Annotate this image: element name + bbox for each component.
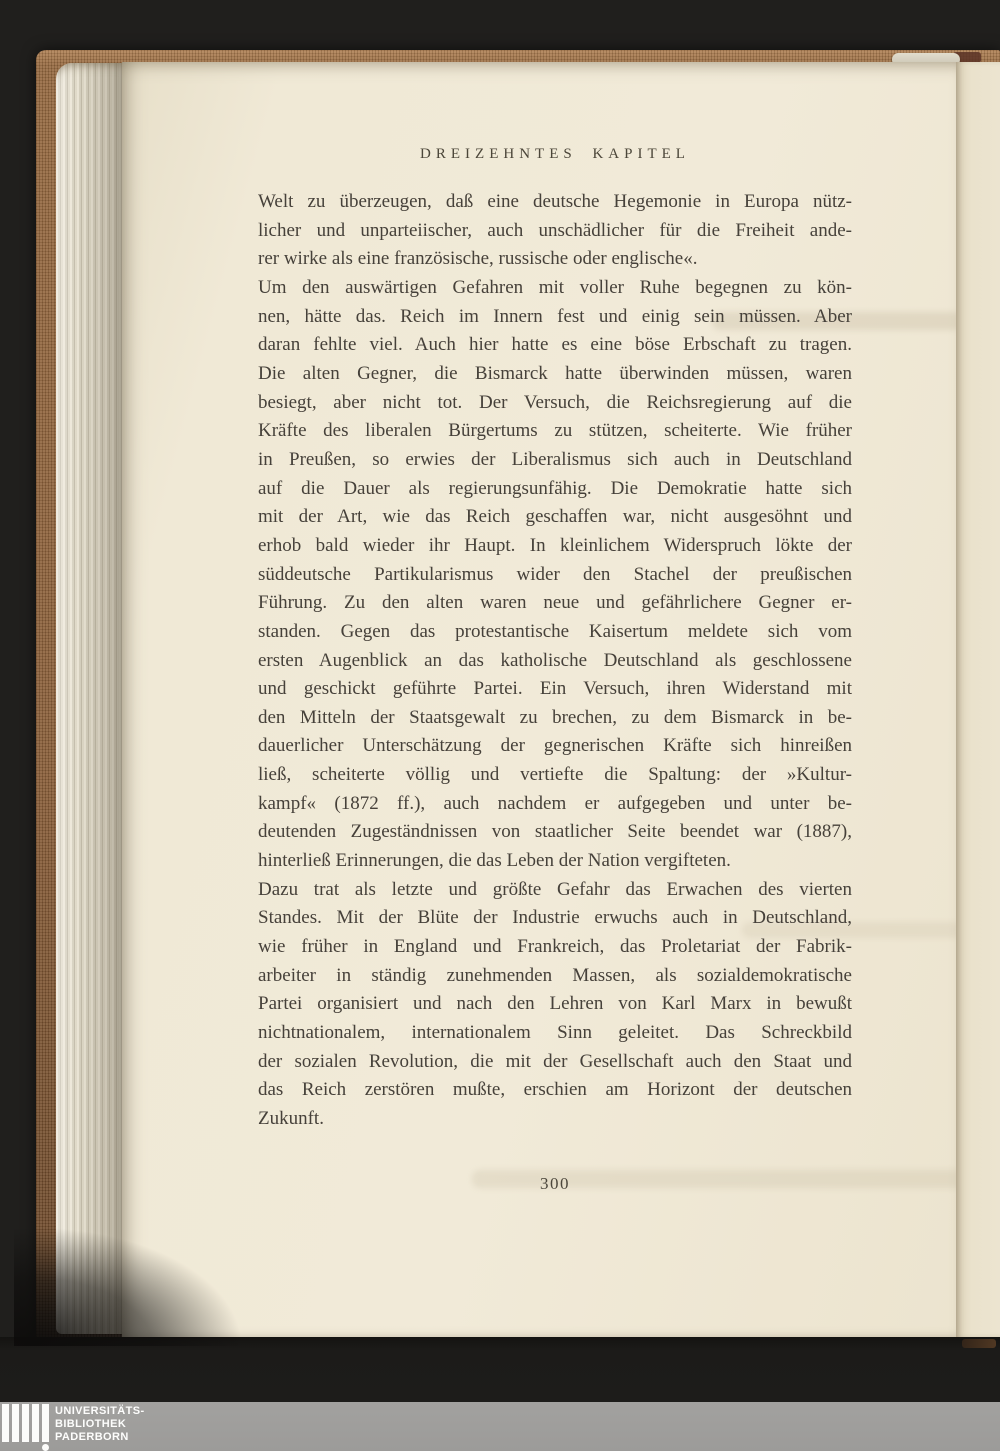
scanned-book-photo: DREIZEHNTES KAPITEL Welt zu überzeugen, … (0, 0, 1000, 1451)
text-line: der sozialen Revolution, die mit der Ges… (258, 1048, 852, 1077)
text-line: dauerlicher Unterschätzung der gegnerisc… (258, 732, 852, 761)
text-line: süddeutsche Partikularismus wider den St… (258, 561, 852, 590)
text-line: den Mitteln der Staatsgewalt zu brechen,… (258, 704, 852, 733)
logo-bar (42, 1404, 49, 1442)
text-line: licher und unparteiischer, auch unschädl… (258, 217, 852, 246)
next-page-edge (956, 62, 1000, 1339)
text-line: Partei organisiert und nach den Lehren v… (258, 990, 852, 1019)
text-line: Welt zu überzeugen, daß eine deutsche He… (258, 188, 852, 217)
text-line: Standes. Mit der Blüte der Industrie erw… (258, 904, 852, 933)
logo-dot (42, 1444, 49, 1451)
text-line: daran fehlte viel. Auch hier hatte es ei… (258, 331, 852, 360)
chapter-heading: DREIZEHNTES KAPITEL (258, 146, 852, 163)
text-line: das Reich zerstören mußte, erschien am H… (258, 1076, 852, 1105)
text-line: Zukunft. (258, 1105, 852, 1134)
text-line: wie früher in England und Frankreich, da… (258, 933, 852, 962)
page-fore-edge-stack (56, 63, 122, 1334)
text-line: kampf« (1872 ff.), auch nachdem er aufge… (258, 790, 852, 819)
library-banner: UNIVERSITÄTS- BIBLIOTHEK PADERBORN (0, 1402, 1000, 1451)
library-name-line2: BIBLIOTHEK (55, 1418, 145, 1431)
page-number: 300 (258, 1174, 852, 1194)
text-line: und geschickt geführte Partei. Ein Versu… (258, 675, 852, 704)
text-line: Führung. Zu den alten waren neue und gef… (258, 589, 852, 618)
text-line: mit der Art, wie das Reich geschaffen wa… (258, 503, 852, 532)
text-line: erhob bald wieder ihr Haupt. In kleinlic… (258, 532, 852, 561)
text-line: auf die Dauer als regierungsunfähig. Die… (258, 475, 852, 504)
text-line: ersten Augenblick an das katholische Deu… (258, 647, 852, 676)
text-block: Welt zu überzeugen, daß eine deutsche He… (258, 188, 852, 1134)
library-logo-icon (2, 1404, 52, 1451)
text-line: standen. Gegen das protestantische Kaise… (258, 618, 852, 647)
text-line: besiegt, aber nicht tot. Der Versuch, di… (258, 389, 852, 418)
text-line: rer wirke als eine französische, russisc… (258, 245, 852, 274)
cover-edge-glint (962, 1339, 996, 1348)
text-line: Um den auswärtigen Gefahren mit voller R… (258, 274, 852, 303)
text-line: nichtnationalem, internationalem Sinn ge… (258, 1019, 852, 1048)
text-line: deutenden Zugeständnissen von staatliche… (258, 818, 852, 847)
text-line: in Preußen, so erwies der Liberalismus s… (258, 446, 852, 475)
logo-bar (22, 1404, 29, 1442)
text-line: ließ, scheiterte völlig und vertiefte di… (258, 761, 852, 790)
library-name: UNIVERSITÄTS- BIBLIOTHEK PADERBORN (55, 1405, 145, 1444)
text-line: hinterließ Erinnerungen, die das Leben d… (258, 847, 852, 876)
text-line: Dazu trat als letzte und größte Gefahr d… (258, 876, 852, 905)
text-line: arbeiter in ständig zunehmenden Massen, … (258, 962, 852, 991)
library-name-line1: UNIVERSITÄTS- (55, 1405, 145, 1418)
book-page: DREIZEHNTES KAPITEL Welt zu überzeugen, … (122, 62, 956, 1339)
logo-bar (2, 1404, 9, 1442)
library-name-line3: PADERBORN (55, 1431, 145, 1444)
text-line: Die alten Gegner, die Bismarck hatte übe… (258, 360, 852, 389)
logo-bar (32, 1404, 39, 1442)
logo-bar (12, 1404, 19, 1442)
text-line: Kräfte des liberalen Bürgertums zu stütz… (258, 417, 852, 446)
text-line: nen, hätte das. Reich im Innern fest und… (258, 303, 852, 332)
